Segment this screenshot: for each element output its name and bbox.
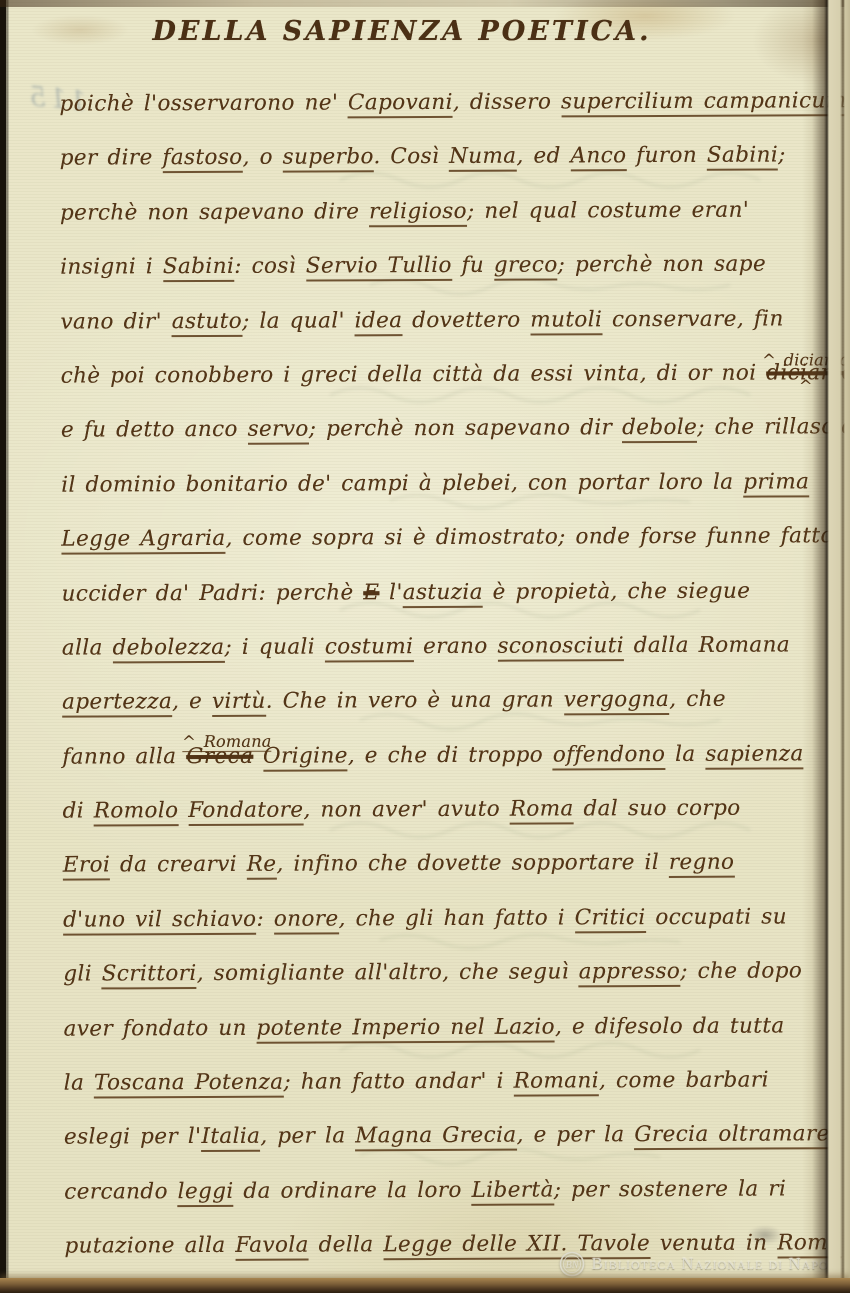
manuscript-scan-page: 115 DELLA SAPIENZA POETICA. poichè l'oss… xyxy=(0,0,850,1293)
text-run: . Così xyxy=(373,144,449,169)
manuscript-body: poichè l'osservarono ne' Capovani, disse… xyxy=(59,74,800,1274)
text-run: , ed xyxy=(516,144,570,169)
text-run: , che xyxy=(669,687,726,712)
text-run: : xyxy=(256,907,273,932)
text-run: poichè l'osservarono ne' xyxy=(59,90,348,116)
text-run: , o xyxy=(243,145,283,170)
underlined-phrase: Capovani xyxy=(348,90,453,118)
underlined-phrase: vergogna xyxy=(564,687,670,715)
text-run: dalla Romana xyxy=(624,632,790,658)
underlined-phrase: potente Imperio nel Lazio xyxy=(256,1014,555,1043)
underlined-phrase: Roma xyxy=(510,796,574,824)
underlined-phrase: sconosciuti xyxy=(497,633,624,662)
manuscript-line: il dominio bonitario de' campi à plebei,… xyxy=(61,455,797,513)
underlined-phrase: debole xyxy=(622,415,697,443)
underlined-phrase: Servio Tullio xyxy=(306,253,452,282)
manuscript-line: e fu detto anco servo; perchè non sapeva… xyxy=(61,401,797,459)
underlined-phrase: fastoso xyxy=(162,145,242,173)
manuscript-line: alla debolezza; i quali costumi erano sc… xyxy=(62,618,798,676)
text-run: , come barbari xyxy=(599,1068,769,1094)
text-run: della xyxy=(309,1232,384,1257)
underlined-phrase: greco xyxy=(494,253,558,281)
underlined-phrase: Anco xyxy=(570,144,626,172)
manuscript-line: cercando leggi da ordinare la loro Liber… xyxy=(64,1162,800,1220)
manuscript-line: per dire fastoso, o superbo. Così Numa, … xyxy=(60,129,796,187)
underlined-phrase: servo xyxy=(248,417,309,445)
text-run: erano xyxy=(413,634,497,659)
underlined-phrase: leggi xyxy=(178,1179,234,1207)
manuscript-line: insigni i Sabini: così Servio Tullio fu … xyxy=(60,238,796,296)
ink-smudge xyxy=(742,1222,788,1248)
text-run: fanno alla xyxy=(62,744,186,770)
scan-edge-left xyxy=(0,0,9,1293)
text-run: ; che dopo xyxy=(680,959,802,985)
manuscript-line: gli Scrittori, somigliante all'altro, ch… xyxy=(63,945,799,1003)
underlined-phrase: Numa xyxy=(449,144,517,172)
underlined-phrase: regno xyxy=(669,850,735,878)
text-run: e fu detto anco xyxy=(61,417,248,443)
underlined-phrase: idea xyxy=(355,308,403,336)
text-run: ; nel qual costume eran' xyxy=(467,197,749,223)
underlined-phrase: astuzia xyxy=(403,579,483,607)
underlined-phrase: d'uno vil schiavo xyxy=(63,907,257,936)
text-run: fu xyxy=(452,253,494,278)
manuscript-line: Legge Agraria, come sopra si è dimostrat… xyxy=(61,510,797,568)
struck-word: E xyxy=(363,580,379,605)
manuscript-line: vano dir' astuto; la qual' idea dovetter… xyxy=(60,292,796,350)
text-run: vano dir' xyxy=(60,309,171,334)
page-title: DELLA SAPIENZA POETICA. xyxy=(0,16,804,47)
text-run: occupati su xyxy=(646,904,787,930)
library-watermark: BN Biblioteca Nazionale di Napoli xyxy=(559,1251,842,1277)
underlined-phrase: Toscana Potenza xyxy=(94,1070,284,1099)
text-run: ; han fatto andar' i xyxy=(283,1069,513,1095)
text-run: da ordinare la loro xyxy=(234,1178,472,1204)
text-run: , non aver' avuto xyxy=(303,797,509,823)
text-run: , infino che dovette sopportare il xyxy=(276,850,668,877)
text-run: , dissero xyxy=(453,89,561,114)
text-run: , per la xyxy=(260,1124,355,1149)
text-run: ; perchè non sapevano dir xyxy=(309,416,622,442)
text-run: chè poi conobbero i greci della città da… xyxy=(61,360,767,388)
underlined-phrase: Origine xyxy=(263,743,348,771)
manuscript-line: perchè non sapevano dire religioso; nel … xyxy=(60,183,796,241)
underlined-phrase: prima xyxy=(743,469,809,497)
underlined-phrase: virtù xyxy=(212,689,266,717)
manuscript-line: fanno alla Greca^ Romana Origine, e che … xyxy=(62,727,798,785)
underlined-phrase: Scrittori xyxy=(102,961,197,989)
underlined-phrase: sapienza xyxy=(705,741,804,769)
text-run: ; i quali xyxy=(224,634,324,659)
underlined-phrase: Romolo xyxy=(94,798,179,826)
text-run: ; perchè non sape xyxy=(558,252,767,278)
underlined-phrase: Legge Agraria xyxy=(61,526,225,555)
text-run: la xyxy=(665,741,705,766)
underlined-phrase: astuto xyxy=(172,308,242,336)
manuscript-line: Eroi da crearvi Re, infino che dovette s… xyxy=(63,836,799,894)
text-run: ; xyxy=(778,143,786,168)
book-gutter xyxy=(802,0,850,1293)
underlined-phrase: apertezza xyxy=(62,689,172,717)
manuscript-line: poichè l'osservarono ne' Capovani, disse… xyxy=(59,74,795,132)
text-run: , come sopra si è dimostrato; onde forse… xyxy=(226,523,834,551)
text-run: dal suo corpo xyxy=(574,796,741,822)
interlinear-insertion: ^ Romana xyxy=(182,732,271,752)
text-run: ; la qual' xyxy=(242,308,355,333)
text-run: perchè non sapevano dire xyxy=(60,199,369,225)
text-run: , che gli han fatto i xyxy=(339,905,575,931)
underlined-phrase: Romani xyxy=(514,1068,600,1096)
text-run: alla xyxy=(62,635,113,660)
manuscript-line: la Toscana Potenza; han fatto andar' i R… xyxy=(64,1053,800,1111)
text-run: dovettero xyxy=(402,307,530,333)
underlined-phrase: Favola xyxy=(235,1233,309,1261)
underlined-phrase: religioso xyxy=(369,199,467,227)
text-run: è propietà, che siegue xyxy=(483,578,751,604)
text-run: per dire xyxy=(60,146,163,171)
text-run: , e xyxy=(172,689,212,714)
manuscript-line: di Romolo Fondatore, non aver' avuto Rom… xyxy=(62,781,798,839)
scan-edge-top xyxy=(0,0,850,7)
text-run: putazione alla xyxy=(64,1233,235,1259)
text-run: uccider da' Padri: perchè xyxy=(62,580,364,606)
underlined-phrase: Libertà xyxy=(472,1177,554,1205)
underlined-phrase: appresso xyxy=(579,959,681,987)
manuscript-line: apertezza, e virtù. Che in vero è una gr… xyxy=(62,673,798,731)
struck-word: Greca^ Romana xyxy=(186,743,253,768)
text-run: ; per sostenere la ri xyxy=(554,1176,787,1202)
text-run: gli xyxy=(63,962,102,987)
underlined-phrase: Italia xyxy=(201,1124,260,1152)
underlined-phrase: offendono xyxy=(553,742,666,770)
text-run: conservare, fin xyxy=(602,306,784,332)
text-run: eslegi per l' xyxy=(64,1124,202,1150)
text-run xyxy=(178,798,188,823)
page-edge-bottom xyxy=(0,1278,850,1293)
underlined-phrase: Re xyxy=(247,852,277,880)
text-run: l' xyxy=(379,580,402,605)
text-run: , e per la xyxy=(517,1123,635,1149)
underlined-phrase: debolezza xyxy=(113,635,225,663)
bn-monogram-circle-icon: BN xyxy=(559,1251,585,1277)
text-run: il dominio bonitario de' campi à plebei,… xyxy=(61,469,743,497)
text-run: , e che di troppo xyxy=(348,742,553,768)
underlined-phrase: Magna Grecia xyxy=(355,1123,516,1152)
text-run: , somigliante all'altro, che seguì xyxy=(197,960,579,987)
manuscript-line: eslegi per l'Italia, per la Magna Grecia… xyxy=(64,1108,800,1166)
underlined-phrase: onore xyxy=(274,906,339,934)
underlined-phrase: superbo xyxy=(283,145,374,173)
underlined-phrase: Grecia oltramare xyxy=(634,1122,830,1151)
text-run: aver fondato un xyxy=(63,1015,256,1041)
manuscript-line: chè poi conobbero i greci della città da… xyxy=(61,346,797,404)
svg-text:BN: BN xyxy=(566,1260,580,1271)
text-run: : così xyxy=(234,254,306,279)
text-run: , e difesolo da tutta xyxy=(555,1013,785,1039)
underlined-phrase: Sabini xyxy=(163,254,234,282)
underlined-phrase: Sabini xyxy=(707,143,778,171)
underlined-phrase: Critici xyxy=(575,905,646,933)
text-run: da crearvi xyxy=(110,852,247,878)
text-run: . Che in vero è una gran xyxy=(266,688,564,714)
text-run: furon xyxy=(626,143,706,168)
underlined-phrase: mutoli xyxy=(530,307,602,335)
text-run: la xyxy=(64,1071,94,1096)
text-run: di xyxy=(63,799,94,824)
text-run: cercando xyxy=(64,1179,177,1204)
underlined-phrase: Fondatore xyxy=(188,798,303,827)
underlined-phrase: costumi xyxy=(325,634,414,662)
manuscript-line: uccider da' Padri: perchè E l'astuzia è … xyxy=(62,564,798,622)
manuscript-line: aver fondato un potente Imperio nel Lazi… xyxy=(63,999,799,1057)
manuscript-line: d'uno vil schiavo: onore, che gli han fa… xyxy=(63,890,799,948)
text-run: insigni i xyxy=(60,254,163,279)
underlined-phrase: Eroi xyxy=(63,853,111,881)
